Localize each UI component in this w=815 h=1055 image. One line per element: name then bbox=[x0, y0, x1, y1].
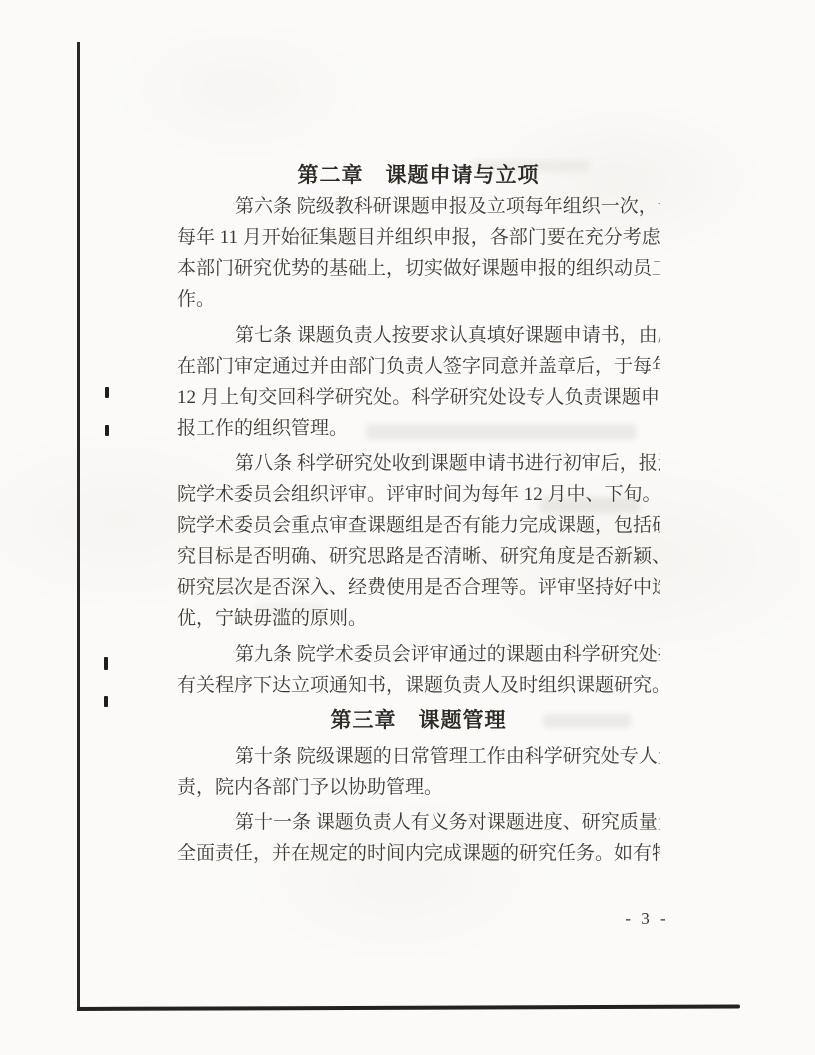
text-line: 12 月上旬交回科学研究处。科学研究处设专人负责课题申 bbox=[177, 382, 660, 413]
text-line: 第六条 院级教科研课题申报及立项每年组织一次，于 bbox=[177, 191, 660, 222]
document-body: 第二章 课题申请与立项 第六条 院级教科研课题申报及立项每年组织一次，于 每年 … bbox=[177, 160, 660, 874]
paragraph-article-8: 第八条 科学研究处收到课题申请书进行初审后，报送 院学术委员会组织评审。评审时间… bbox=[177, 448, 660, 634]
chapter-heading-2: 第二章 课题申请与立项 bbox=[177, 160, 660, 191]
text-line: 究目标是否明确、研究思路是否清晰、研究角度是否新颖、 bbox=[177, 541, 660, 572]
text-line: 报工作的组织管理。 bbox=[177, 413, 660, 444]
scan-speck bbox=[105, 387, 109, 398]
text-line: 研究层次是否深入、经费使用是否合理等。评审坚持好中选 bbox=[177, 572, 660, 603]
paragraph-article-9: 第九条 院学术委员会评审通过的课题由科学研究处按 有关程序下达立项通知书，课题负… bbox=[177, 639, 660, 701]
text-line: 在部门审定通过并由部门负责人签字同意并盖章后，于每年 bbox=[177, 351, 660, 382]
text-line: 作。 bbox=[177, 284, 660, 315]
scan-speck bbox=[104, 696, 108, 707]
text-line: 第七条 课题负责人按要求认真填好课题申请书，由所 bbox=[177, 320, 660, 351]
text-line: 责，院内各部门予以协助管理。 bbox=[177, 772, 660, 803]
scan-edge-bottom-line bbox=[77, 1004, 740, 1011]
paragraph-article-11: 第十一条 课题负责人有义务对课题进度、研究质量负 全面责任，并在规定的时间内完成… bbox=[177, 807, 660, 869]
paragraph-article-6: 第六条 院级教科研课题申报及立项每年组织一次，于 每年 11 月开始征集题目并组… bbox=[177, 191, 660, 315]
scan-speck bbox=[104, 657, 108, 670]
scan-speck bbox=[105, 425, 109, 436]
text-line: 第八条 科学研究处收到课题申请书进行初审后，报送 bbox=[177, 448, 660, 479]
text-line: 全面责任，并在规定的时间内完成课题的研究任务。如有特 bbox=[177, 838, 660, 869]
text-line: 第九条 院学术委员会评审通过的课题由科学研究处按 bbox=[177, 639, 660, 670]
text-line: 第十条 院级课题的日常管理工作由科学研究处专人负 bbox=[177, 741, 660, 772]
text-line: 本部门研究优势的基础上，切实做好课题申报的组织动员工 bbox=[177, 253, 660, 284]
paragraph-article-7: 第七条 课题负责人按要求认真填好课题申请书，由所 在部门审定通过并由部门负责人签… bbox=[177, 320, 660, 444]
text-line: 院学术委员会组织评审。评审时间为每年 12 月中、下旬。 bbox=[177, 479, 660, 510]
text-line: 每年 11 月开始征集题目并组织申报，各部门要在充分考虑 bbox=[177, 222, 660, 253]
chapter-heading-3: 第三章 课题管理 bbox=[177, 705, 660, 736]
scanned-document-page: 第二章 课题申请与立项 第六条 院级教科研课题申报及立项每年组织一次，于 每年 … bbox=[0, 0, 815, 1055]
scan-edge-left-line bbox=[77, 42, 80, 1010]
text-line: 优，宁缺毋滥的原则。 bbox=[177, 603, 660, 634]
text-line: 第十一条 课题负责人有义务对课题进度、研究质量负 bbox=[177, 807, 660, 838]
text-line: 有关程序下达立项通知书，课题负责人及时组织课题研究。 bbox=[177, 670, 660, 701]
paragraph-article-10: 第十条 院级课题的日常管理工作由科学研究处专人负 责，院内各部门予以协助管理。 bbox=[177, 741, 660, 803]
page-number: - 3 - bbox=[600, 906, 694, 932]
text-line: 院学术委员会重点审查课题组是否有能力完成课题，包括研 bbox=[177, 510, 660, 541]
